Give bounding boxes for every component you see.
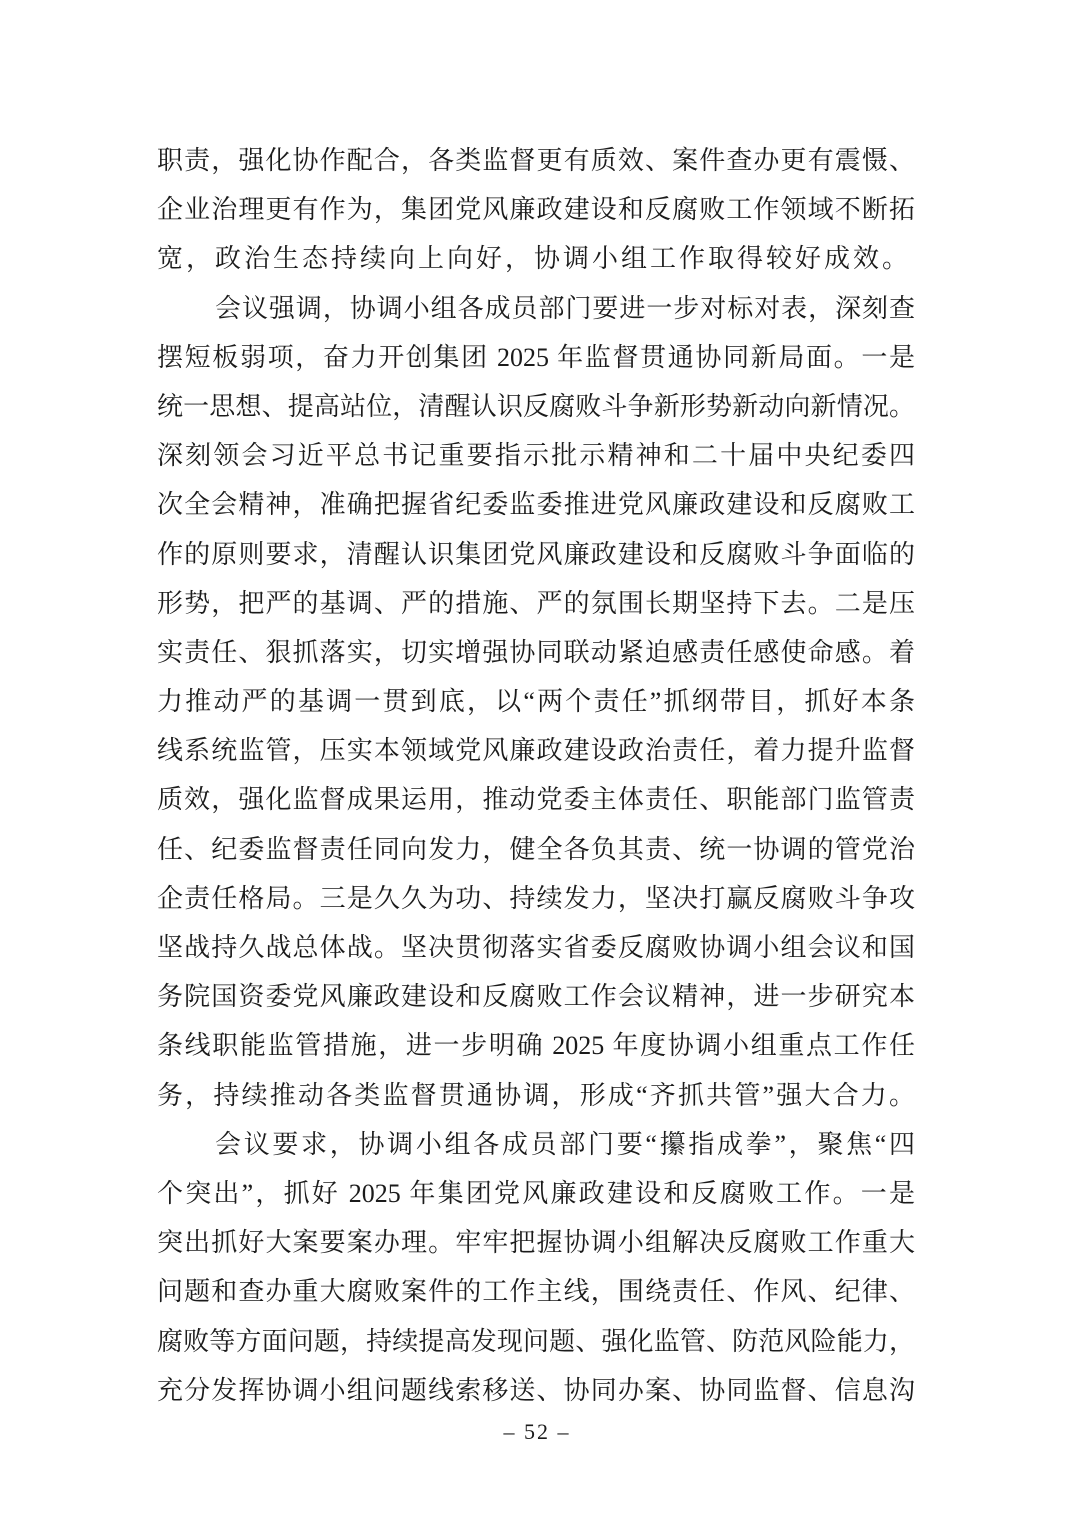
text-line-15: 任、纪委监督责任同向发力，健全各负其责、统一协调的管党治 bbox=[157, 825, 915, 874]
text-line-24: 问题和查办重大腐败案件的工作主线，围绕责任、作风、纪律、 bbox=[157, 1267, 915, 1316]
text-line-18: 务院国资委党风廉政建设和反腐败工作会议精神，进一步研究本 bbox=[157, 972, 915, 1021]
text-line-26: 充分发挥协调小组问题线索移送、协同办案、协同监督、信息沟 bbox=[157, 1366, 915, 1415]
text-line-20: 务，持续推动各类监督贯通协调，形成“齐抓共管”强大合力。 bbox=[157, 1071, 915, 1120]
text-line-12: 力推动严的基调一贯到底，以“两个责任”抓纲带目，抓好本条 bbox=[157, 677, 915, 726]
text-line-6: 统一思想、提高站位，清醒认识反腐败斗争新形势新动向新情况。 bbox=[157, 382, 915, 431]
text-line-7: 深刻领会习近平总书记重要指示批示精神和二十届中央纪委四 bbox=[157, 431, 915, 480]
text-line-17: 坚战持久战总体战。坚决贯彻落实省委反腐败协调小组会议和国 bbox=[157, 923, 915, 972]
text-line-4: 会议强调，协调小组各成员部门要进一步对标对表，深刻查 bbox=[157, 284, 915, 333]
document-page: 职责，强化协作配合，各类监督更有质效、案件查办更有震慑、 企业治理更有作为，集团… bbox=[0, 0, 1074, 1520]
text-line-1: 职责，强化协作配合，各类监督更有质效、案件查办更有震慑、 bbox=[157, 136, 915, 185]
text-line-22: 个突出”，抓好 2025 年集团党风廉政建设和反腐败工作。一是 bbox=[157, 1169, 915, 1218]
text-line-5: 摆短板弱项，奋力开创集团 2025 年监督贯通协同新局面。一是 bbox=[157, 333, 915, 382]
document-body: 职责，强化协作配合，各类监督更有质效、案件查办更有震慑、 企业治理更有作为，集团… bbox=[157, 136, 915, 1415]
text-line-13: 线系统监管，压实本领域党风廉政建设政治责任，着力提升监督 bbox=[157, 726, 915, 775]
text-line-23: 突出抓好大案要案办理。牢牢把握协调小组解决反腐败工作重大 bbox=[157, 1218, 915, 1267]
text-line-14: 质效，强化监督成果运用，推动党委主体责任、职能部门监管责 bbox=[157, 775, 915, 824]
text-line-3: 宽，政治生态持续向上向好，协调小组工作取得较好成效。 bbox=[157, 234, 915, 283]
page-footer: – 52 – bbox=[0, 1419, 1074, 1445]
page-number: – 52 – bbox=[504, 1419, 571, 1444]
text-line-11: 实责任、狠抓落实，切实增强协同联动紧迫感责任感使命感。着 bbox=[157, 628, 915, 677]
text-line-9: 作的原则要求，清醒认识集团党风廉政建设和反腐败斗争面临的 bbox=[157, 530, 915, 579]
text-line-10: 形势，把严的基调、严的措施、严的氛围长期坚持下去。二是压 bbox=[157, 579, 915, 628]
text-line-25: 腐败等方面问题，持续提高发现问题、强化监管、防范风险能力， bbox=[157, 1317, 915, 1366]
text-line-16: 企责任格局。三是久久为功、持续发力，坚决打赢反腐败斗争攻 bbox=[157, 874, 915, 923]
text-line-21: 会议要求，协调小组各成员部门要“攥指成拳”，聚焦“四 bbox=[157, 1120, 915, 1169]
text-line-8: 次全会精神，准确把握省纪委监委推进党风廉政建设和反腐败工 bbox=[157, 480, 915, 529]
text-line-2: 企业治理更有作为，集团党风廉政建设和反腐败工作领域不断拓 bbox=[157, 185, 915, 234]
text-line-19: 条线职能监管措施，进一步明确 2025 年度协调小组重点工作任 bbox=[157, 1021, 915, 1070]
